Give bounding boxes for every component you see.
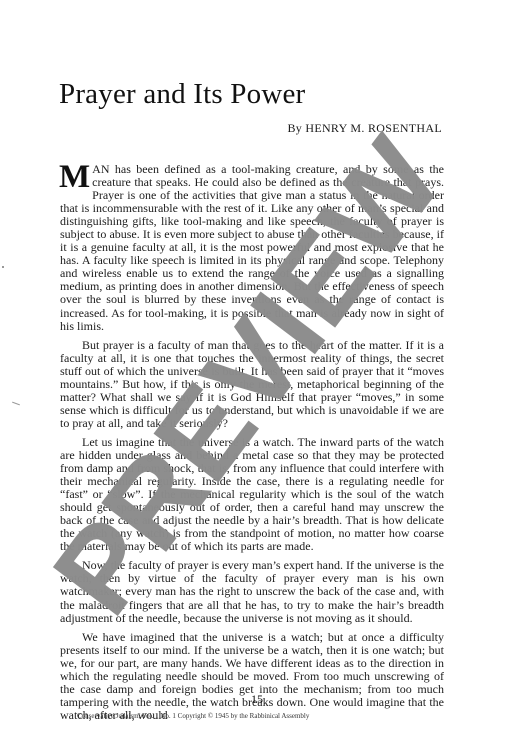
- drop-cap: M: [59, 164, 90, 190]
- paragraph-1: MAN has been defined as a tool-making cr…: [60, 163, 444, 333]
- article-body: MAN has been defined as a tool-making cr…: [60, 163, 444, 728]
- copyright-notice: Conservative Judaism, Vol. 1 No. 1 Copyr…: [77, 712, 309, 720]
- byline: By HENRY M. ROSENTHAL: [287, 121, 442, 136]
- document-page: Prayer and Its Power By HENRY M. ROSENTH…: [0, 0, 514, 750]
- paragraph-2: But prayer is a faculty of man that goes…: [60, 339, 444, 430]
- page-number: 15: [0, 692, 514, 707]
- scan-speck: [2, 266, 4, 268]
- paragraph-4: Now, the faculty of prayer is every man’…: [60, 559, 444, 624]
- scan-speck: [12, 402, 20, 406]
- paragraph-5: We have imagined that the universe is a …: [60, 631, 444, 722]
- paragraph-3: Let us imagine that the universe is a wa…: [60, 436, 444, 553]
- article-title: Prayer and Its Power: [59, 78, 305, 111]
